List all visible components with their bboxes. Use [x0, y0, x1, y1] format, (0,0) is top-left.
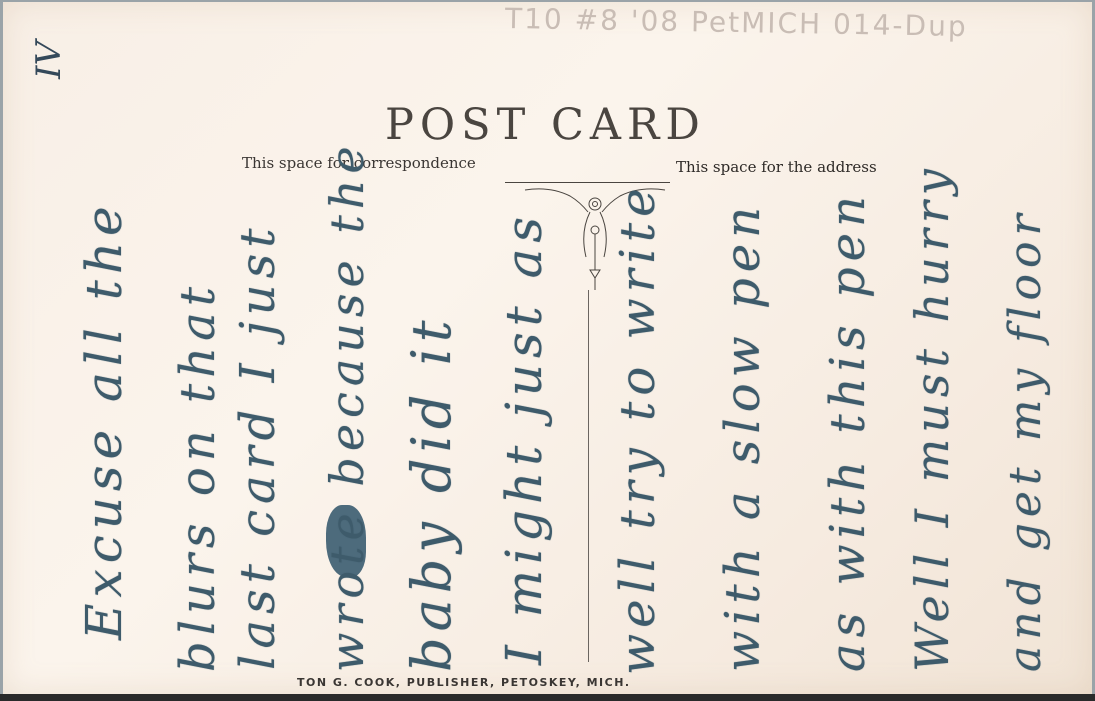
- handwritten-line: I might just as: [495, 211, 553, 665]
- handwritten-line: well try to write: [610, 182, 666, 675]
- address-label: This space for the address: [676, 158, 877, 176]
- handwritten-line: wrote because the: [320, 140, 374, 672]
- handwritten-line: blurs on that: [170, 281, 226, 672]
- publisher-imprint: TON G. COOK, PUBLISHER, PETOSKEY, MICH.: [297, 676, 631, 689]
- center-divider: [588, 290, 589, 662]
- handwritten-line: Excuse all the: [75, 200, 133, 640]
- handwritten-line: baby did it: [400, 314, 463, 672]
- handwritten-line: and get my floor: [1000, 208, 1051, 672]
- handwritten-line: with a slow pen: [715, 201, 771, 672]
- handwritten-line: last card I just: [230, 222, 286, 670]
- handwritten-line: as with this pen: [820, 190, 876, 672]
- corner-mark: IV: [29, 41, 69, 79]
- handwritten-line: Well I must hurry: [905, 163, 959, 672]
- postcard-title: POST CARD: [385, 100, 706, 150]
- scan-edge: [0, 694, 1095, 701]
